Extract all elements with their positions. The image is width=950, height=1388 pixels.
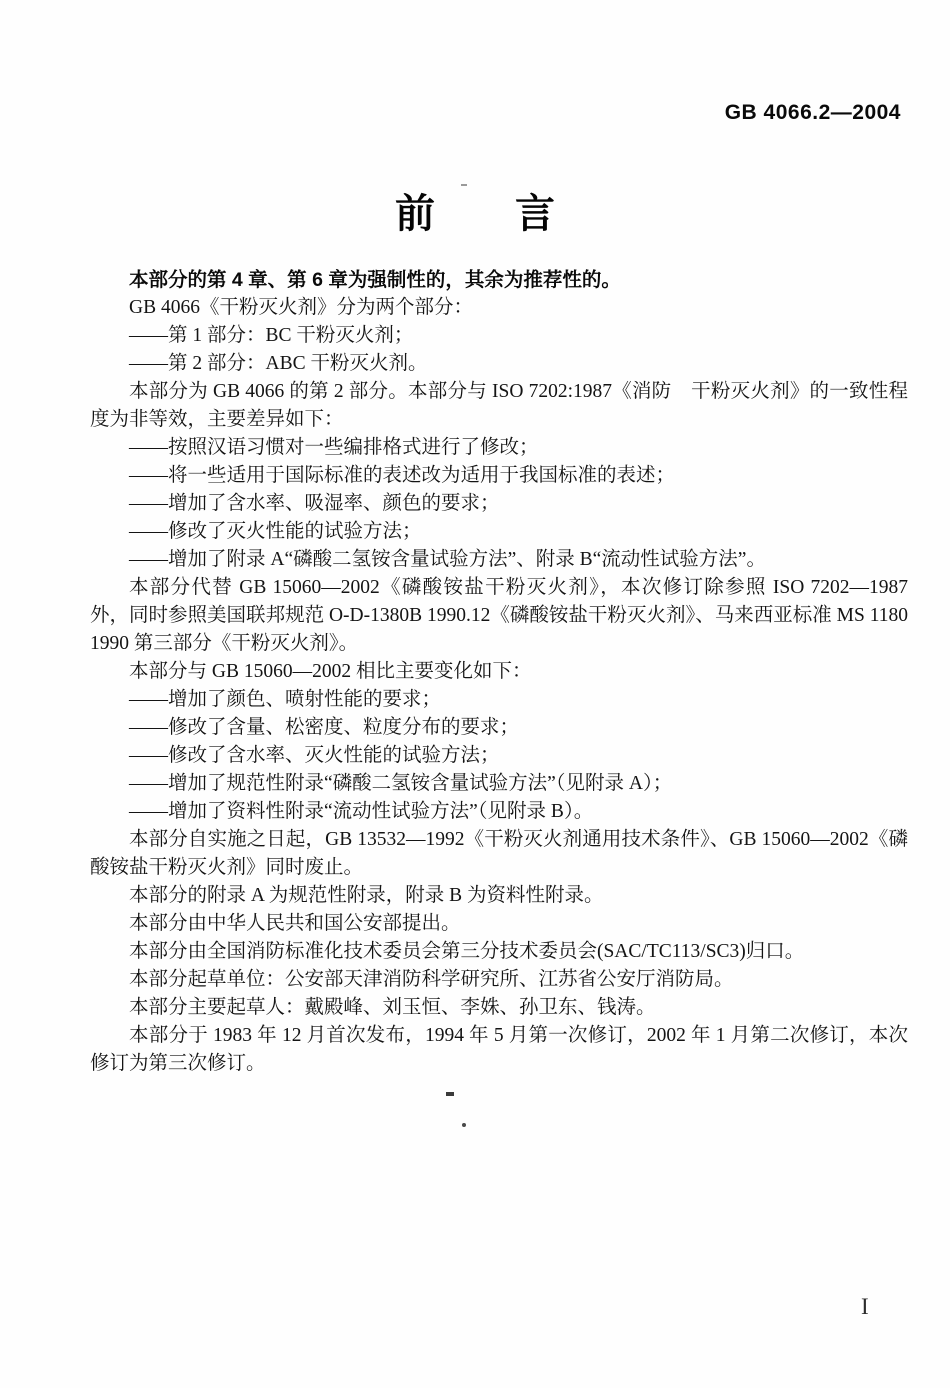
foreword-paragraph: ——修改了含量、松密度、粒度分布的要求； [90, 714, 908, 742]
foreword-paragraph: ——将一些适用于国际标准的表述改为适用于我国标准的表述； [90, 462, 908, 490]
page-title: 前 言 [0, 182, 950, 239]
foreword-paragraph: 本部分与 GB 15060—2002 相比主要变化如下： [90, 658, 908, 686]
page-number: I [861, 1294, 869, 1320]
foreword-paragraph: ——增加了颜色、喷射性能的要求； [90, 686, 908, 714]
foreword-paragraph: ——增加了资料性附录“流动性试验方法”（见附录 B）。 [90, 798, 908, 826]
foreword-paragraph: 本部分代替 GB 15060—2002《磷酸铵盐干粉灭火剂》，本次修订除参照 I… [90, 574, 908, 658]
foreword-paragraph: ——第 1 部分：BC 干粉灭火剂； [90, 322, 908, 350]
foreword-paragraph: ——增加了附录 A“磷酸二氢铵含量试验方法”、附录 B“流动性试验方法”。 [90, 546, 908, 574]
scan-speck [461, 184, 467, 186]
foreword-paragraph: 本部分起草单位：公安部天津消防科学研究所、江苏省公安厅消防局。 [90, 966, 908, 994]
foreword-paragraph: GB 4066《干粉灭火剂》分为两个部分： [90, 294, 908, 322]
foreword-paragraph: 本部分于 1983 年 12 月首次发布，1994 年 5 月第一次修订，200… [90, 1022, 908, 1078]
foreword-paragraph: 本部分的附录 A 为规范性附录，附录 B 为资料性附录。 [90, 882, 908, 910]
foreword-paragraph: ——第 2 部分：ABC 干粉灭火剂。 [90, 350, 908, 378]
foreword-paragraph: ——修改了含水率、灭火性能的试验方法； [90, 742, 908, 770]
foreword-paragraph: ——按照汉语习惯对一些编排格式进行了修改； [90, 434, 908, 462]
foreword-paragraph: ——修改了灭火性能的试验方法； [90, 518, 908, 546]
scan-speck [462, 1123, 466, 1127]
foreword-paragraph: 本部分的第 4 章、第 6 章为强制性的，其余为推荐性的。 [90, 266, 908, 294]
foreword-paragraph: 本部分由中华人民共和国公安部提出。 [90, 910, 908, 938]
scan-speck [446, 1092, 454, 1096]
standard-code: GB 4066.2—2004 [725, 101, 901, 125]
foreword-body: 本部分的第 4 章、第 6 章为强制性的，其余为推荐性的。GB 4066《干粉灭… [90, 266, 908, 1078]
foreword-paragraph: ——增加了含水率、吸湿率、颜色的要求； [90, 490, 908, 518]
foreword-paragraph: 本部分为 GB 4066 的第 2 部分。本部分与 ISO 7202:1987《… [90, 378, 908, 434]
foreword-paragraph: ——增加了规范性附录“磷酸二氢铵含量试验方法”（见附录 A）； [90, 770, 908, 798]
foreword-paragraph: 本部分自实施之日起，GB 13532—1992《干粉灭火剂通用技术条件》、GB … [90, 826, 908, 882]
foreword-paragraph: 本部分由全国消防标准化技术委员会第三分技术委员会(SAC/TC113/SC3)归… [90, 938, 908, 966]
foreword-paragraph: 本部分主要起草人：戴殿峰、刘玉恒、李姝、孙卫东、钱涛。 [90, 994, 908, 1022]
document-page: GB 4066.2—2004 前 言 本部分的第 4 章、第 6 章为强制性的，… [0, 0, 950, 1388]
